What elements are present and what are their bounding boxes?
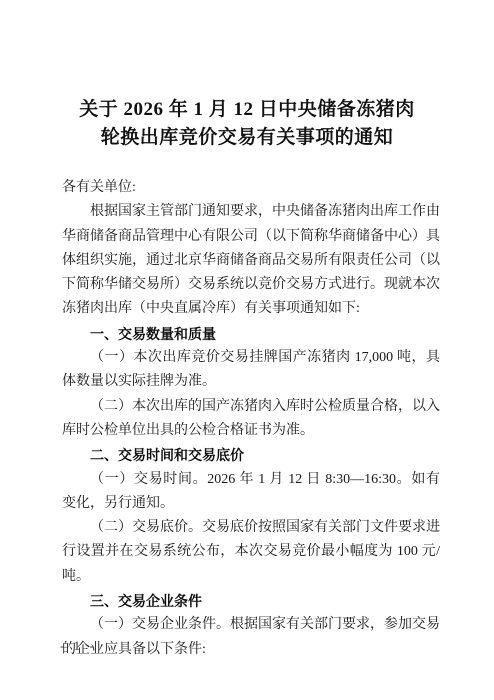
section-heading-2: 二、交易时间和交易底价 <box>62 443 440 467</box>
paragraph-trade-time: （一）交易时间。2026 年 1 月 12 日 8:30—16:30。如有变化，… <box>62 468 440 517</box>
salutation: 各有关单位: <box>62 176 440 200</box>
paragraph-quality: （二）本次出库的国产冻猪肉入库时公检质量合格，以入库时公检单位出具的公检合格证书… <box>62 395 440 444</box>
paragraph-floor-price: （二）交易底价。交易底价按照国家有关部门文件要求进行设置并在交易系统公布，本次交… <box>62 516 440 589</box>
document-body: 各有关单位: 根据国家主管部门通知要求，中央储备冻猪肉出库工作由华商储备商品管理… <box>62 176 440 662</box>
paragraph-enterprise-conditions: （一）交易企业条件。根据国家有关部门要求，参加交易的企业应具备以下条件: <box>62 613 440 662</box>
page-number: - 1 - <box>60 638 97 654</box>
document-title: 关于 2026 年 1 月 12 日中央储备冻猪肉 轮换出库竞价交易有关事项的通… <box>0 0 494 152</box>
document-title-line-1: 关于 2026 年 1 月 12 日中央储备冻猪肉 <box>79 99 415 120</box>
paragraph-quantity: （一）本次出库竞价交易挂牌国产冻猪肉 17,000 吨，具体数量以实际挂牌为准。 <box>62 346 440 395</box>
section-heading-1: 一、交易数量和质量 <box>62 322 440 346</box>
document-title-line-2: 轮换出库竞价交易有关事项的通知 <box>101 127 394 148</box>
document-page: 关于 2026 年 1 月 12 日中央储备冻猪肉 轮换出库竞价交易有关事项的通… <box>0 0 494 700</box>
paragraph-intro: 根据国家主管部门通知要求，中央储备冻猪肉出库工作由华商储备商品管理中心有限公司（… <box>62 200 440 321</box>
section-heading-3: 三、交易企业条件 <box>62 589 440 613</box>
